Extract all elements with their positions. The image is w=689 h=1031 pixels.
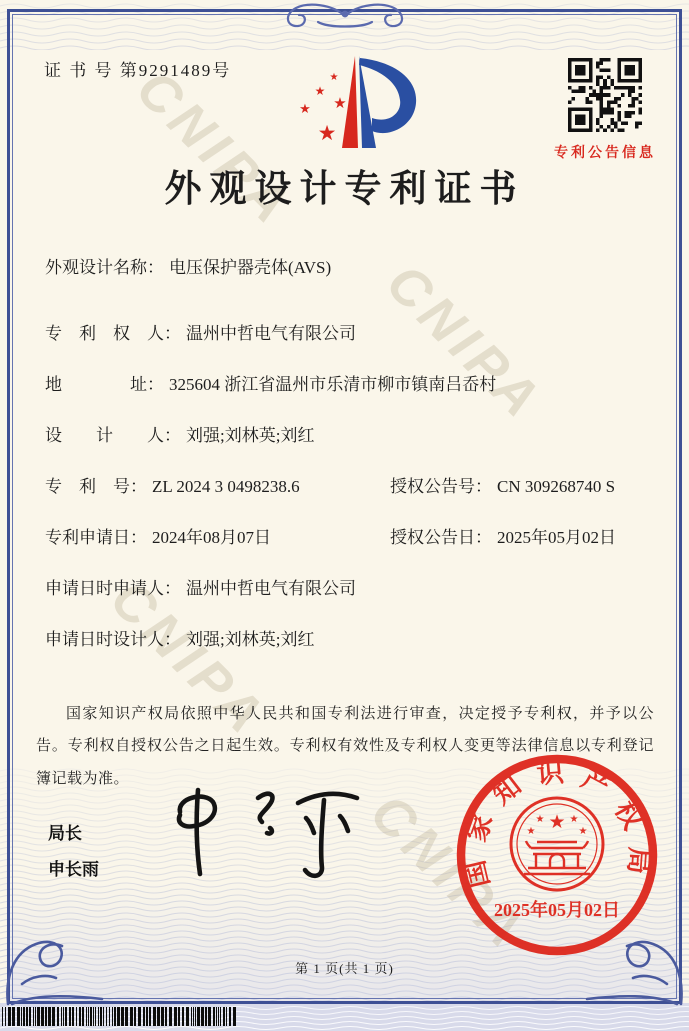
national-emblem: ★ ★ ★ ★ ★ bbox=[511, 798, 603, 890]
svg-text:★: ★ bbox=[315, 84, 326, 98]
signatory-name: 申长雨 bbox=[48, 852, 99, 888]
field-patent-number-row: 专 利 号： ZL 2024 3 0498238.6 授权公告号： CN 309… bbox=[45, 472, 645, 497]
field-label: 申请日时申请人： bbox=[45, 574, 181, 599]
field-value: 电压保护器壳体(AVS) bbox=[169, 253, 331, 278]
svg-text:★: ★ bbox=[570, 814, 579, 825]
certificate-fields: 外观设计名称： 电压保护器壳体(AVS) 专 利 权 人： 温州中哲电气有限公司… bbox=[45, 253, 645, 676]
field-label: 专 利 号： bbox=[45, 472, 147, 497]
svg-text:★: ★ bbox=[527, 826, 536, 837]
field-value: 温州中哲电气有限公司 bbox=[186, 574, 356, 599]
svg-text:★: ★ bbox=[299, 102, 311, 117]
patent-certificate-page: CNIPA CNIPA CNIPA CNIPA 证 书 号 第9291489号 bbox=[0, 0, 689, 1031]
svg-text:★: ★ bbox=[330, 72, 339, 83]
field-value: 刘强;刘林英;刘红 bbox=[186, 625, 314, 650]
cnipa-logo: ★ ★ ★ ★ ★ bbox=[278, 50, 418, 154]
field-value: 温州中哲电气有限公司 bbox=[186, 319, 356, 344]
page-number: 第 1 页(共 1 页) bbox=[0, 958, 689, 977]
field-label: 外观设计名称： bbox=[45, 253, 164, 278]
patent-qr-code bbox=[568, 58, 642, 132]
certificate-number: 证 书 号 第9291489号 bbox=[44, 56, 231, 81]
field-label: 地 址： bbox=[45, 370, 164, 395]
signatory-title: 局长 bbox=[48, 816, 99, 852]
field-value: 2025年05月02日 bbox=[497, 523, 616, 548]
field-design-name: 外观设计名称： 电压保护器壳体(AVS) bbox=[45, 253, 645, 278]
certificate-title: 外观设计专利证书 bbox=[0, 158, 689, 212]
field-patentee: 专 利 权 人： 温州中哲电气有限公司 bbox=[45, 319, 645, 344]
field-address: 地 址： 325604 浙江省温州市乐清市柳市镇南吕岙村 bbox=[45, 370, 645, 395]
field-dates-row: 专利申请日： 2024年08月07日 授权公告日： 2025年05月02日 bbox=[45, 523, 645, 548]
field-label: 授权公告日： bbox=[390, 523, 492, 548]
cnipa-official-seal: 国家知识产权局 ★ ★ ★ ★ ★ 2025年05月02日 bbox=[450, 748, 664, 962]
svg-text:★: ★ bbox=[548, 811, 565, 833]
field-value: 2024年08月07日 bbox=[152, 523, 271, 548]
svg-text:★: ★ bbox=[333, 94, 346, 112]
field-label: 申请日时设计人： bbox=[45, 625, 181, 650]
field-value: CN 309268740 S bbox=[497, 477, 615, 497]
field-label: 授权公告号： bbox=[390, 472, 492, 497]
field-designers: 设 计 人： 刘强;刘林英;刘红 bbox=[45, 421, 645, 446]
commissioner-signature bbox=[160, 776, 370, 886]
field-designers-at-filing: 申请日时设计人： 刘强;刘林英;刘红 bbox=[45, 625, 645, 650]
svg-text:★: ★ bbox=[579, 826, 588, 837]
field-value: 刘强;刘林英;刘红 bbox=[186, 421, 314, 446]
svg-text:★: ★ bbox=[318, 121, 337, 145]
field-label: 专 利 权 人： bbox=[45, 319, 181, 344]
top-flourish-ornament bbox=[268, 0, 422, 34]
signatory-block: 局长 申长雨 bbox=[48, 816, 99, 887]
field-label: 专利申请日： bbox=[45, 523, 147, 548]
field-value: 325604 浙江省温州市乐清市柳市镇南吕岙村 bbox=[169, 370, 496, 395]
qr-block: 专利公告信息 bbox=[546, 58, 664, 162]
field-label: 设 计 人： bbox=[45, 421, 181, 446]
seal-date: 2025年05月02日 bbox=[494, 899, 620, 920]
certificate-barcode bbox=[0, 1007, 240, 1027]
field-applicant-at-filing: 申请日时申请人： 温州中哲电气有限公司 bbox=[45, 574, 645, 599]
svg-text:★: ★ bbox=[536, 814, 545, 825]
field-value: ZL 2024 3 0498238.6 bbox=[152, 477, 300, 497]
